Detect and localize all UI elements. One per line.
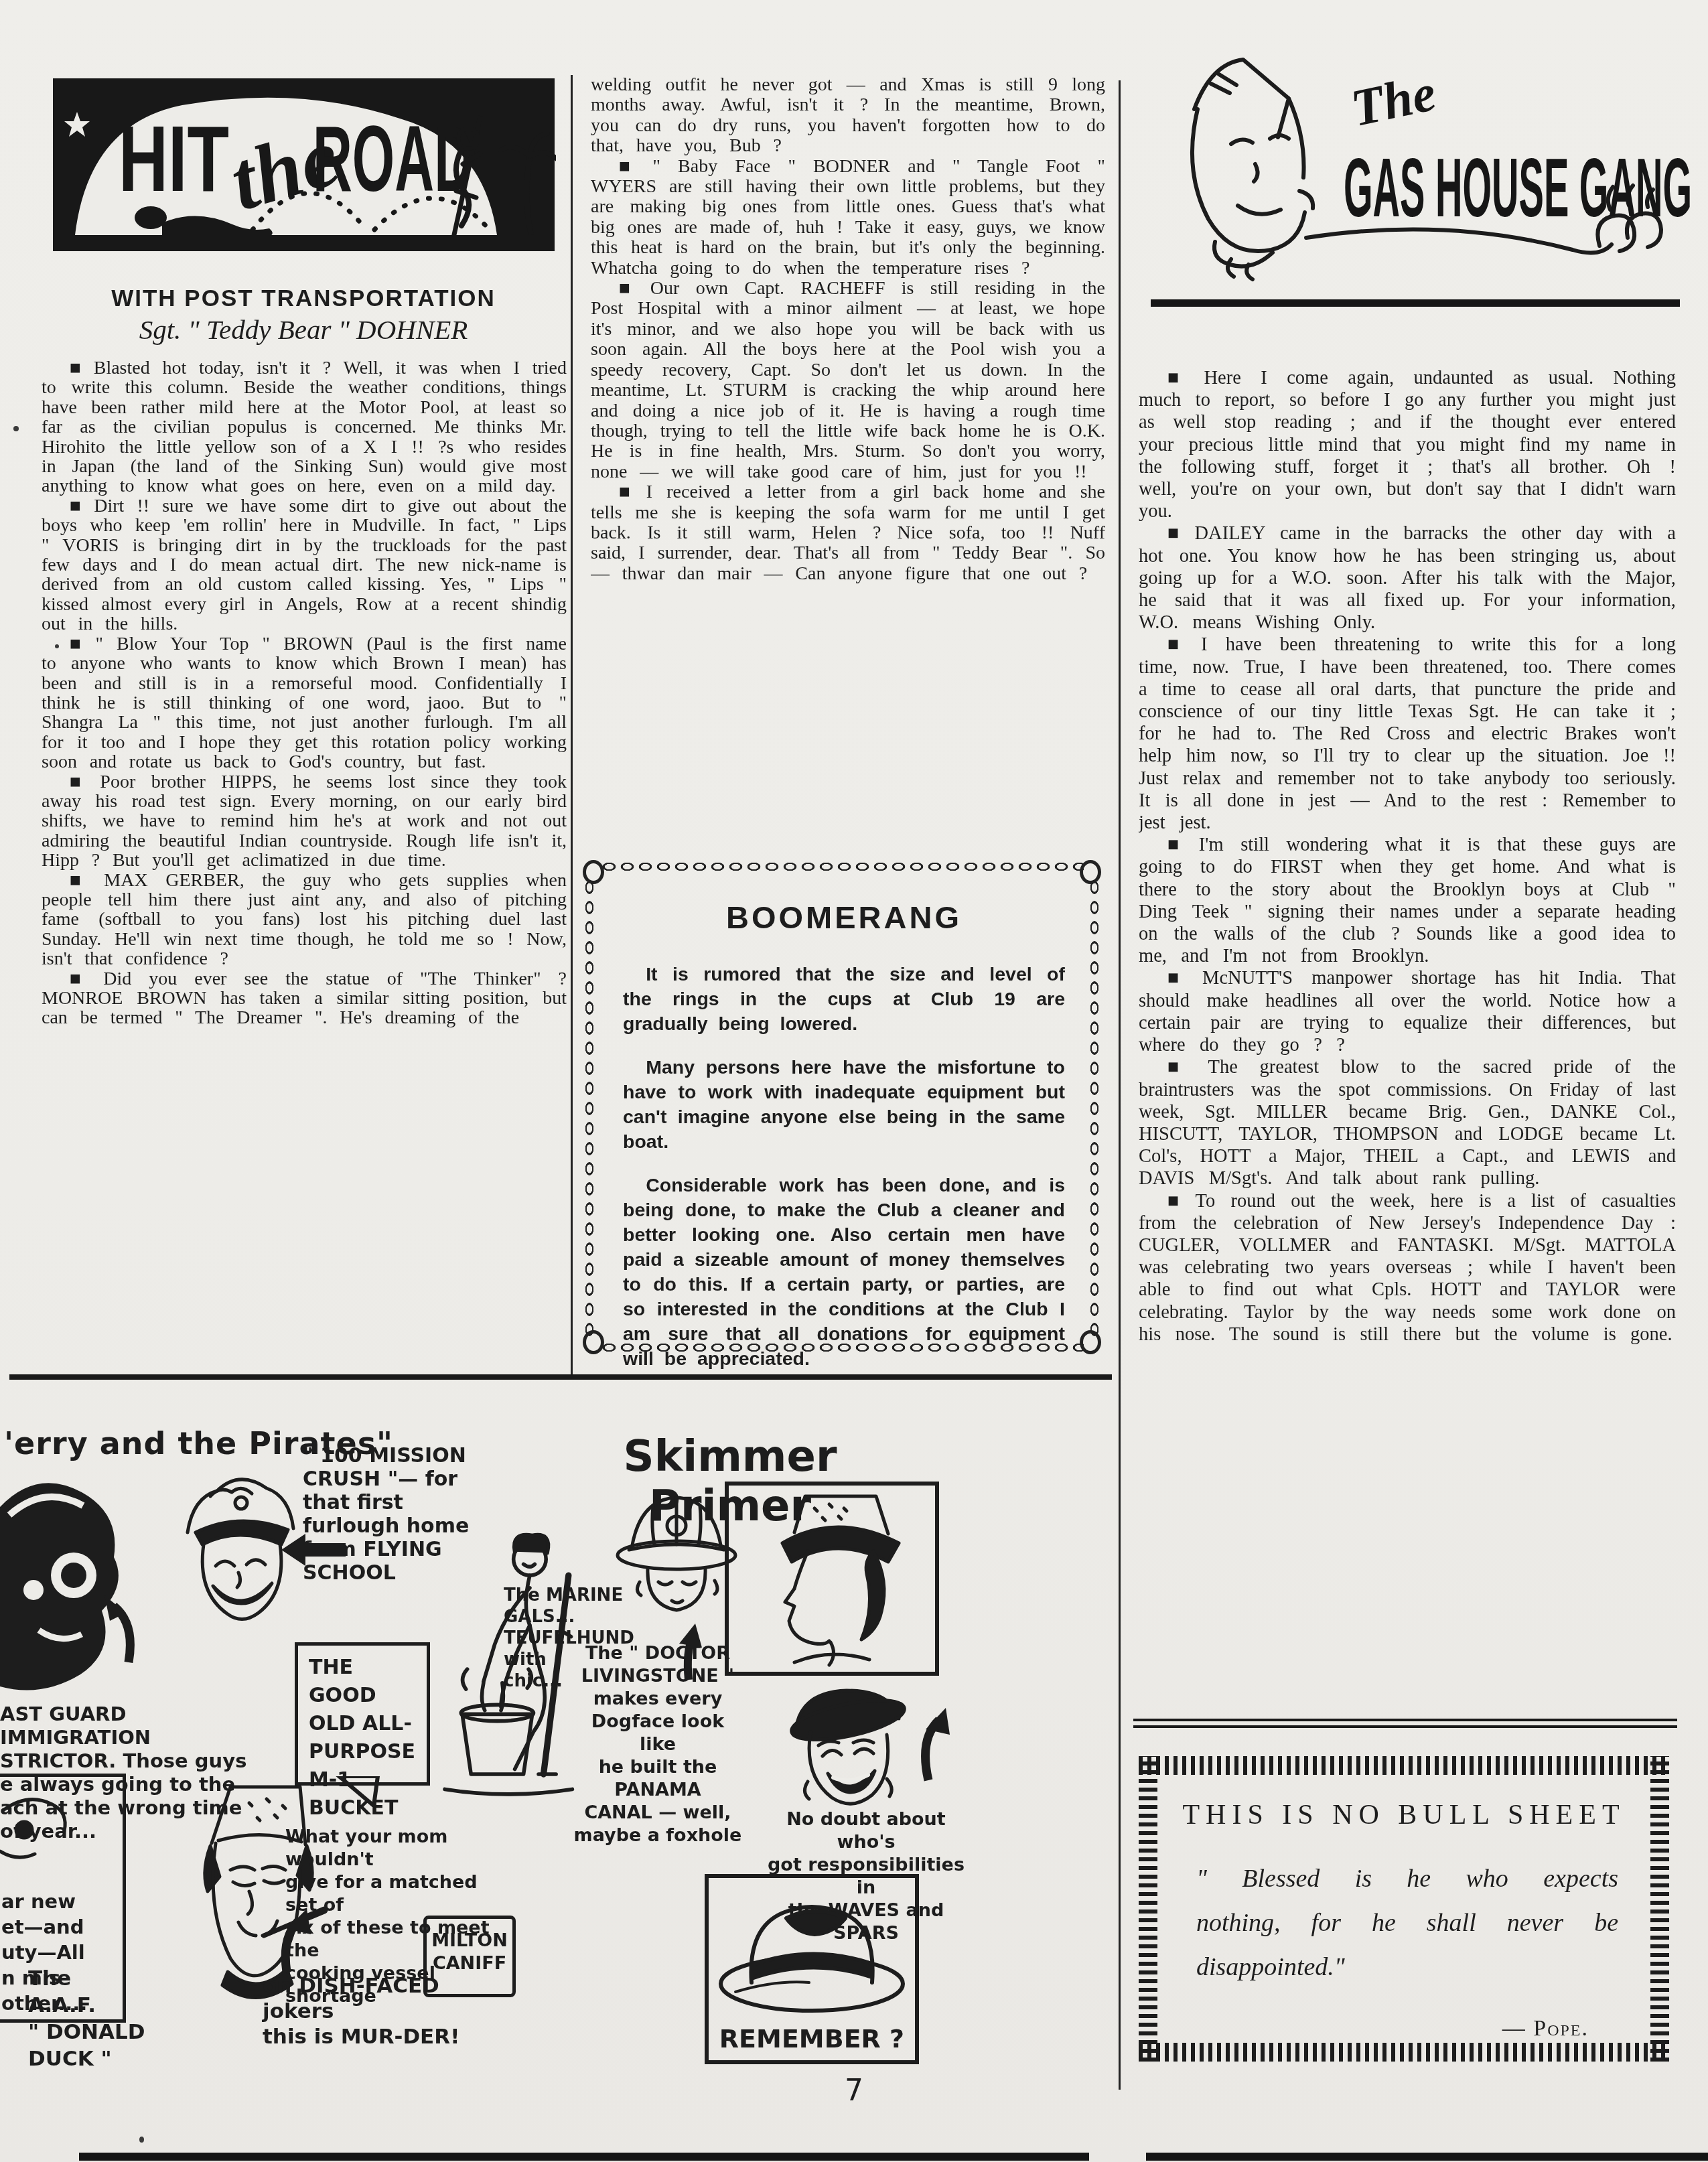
paragraph: ■ Here I come again, undaunted as usual.… xyxy=(1139,367,1676,522)
masthead-title: GAS HOUSE GANG xyxy=(1344,142,1692,234)
chain-border-top xyxy=(600,859,1084,875)
laughing-wave-face xyxy=(785,1681,912,1823)
fedora-hat xyxy=(709,1878,915,2020)
paragraph: ■ McNUTT'S manpower shortage has hit Ind… xyxy=(1139,967,1676,1056)
pith-helmet-face xyxy=(613,1487,740,1622)
bull-sheet-title: THIS IS NO BULL SHEET xyxy=(1179,1799,1629,1831)
bar-border-top xyxy=(1139,1756,1669,1775)
cutoff-caption: ar new et—and uty—All n mis- other.... xyxy=(1,1889,115,2016)
left-column-text: ■ Blasted hot today, isn't it ? Well, it… xyxy=(42,358,567,1370)
paragraph: ■ " Blow Your Top " BROWN (Paul is the f… xyxy=(42,634,567,772)
lying-figure-head xyxy=(135,206,167,229)
remember-caption: REMEMBER ? xyxy=(709,2024,915,2053)
banner-ground xyxy=(53,235,555,251)
bar-border-left xyxy=(1139,1756,1157,2062)
chain-corner-icon xyxy=(583,1330,604,1354)
wac-portrait-frame xyxy=(725,1482,939,1676)
soldier-smile xyxy=(1238,206,1281,214)
soldier-nose xyxy=(1254,164,1258,182)
paragraph: ■ Poor brother HIPPS, he seems lost sinc… xyxy=(42,772,567,871)
paragraph: ■ Blasted hot today, isn't it ? Well, it… xyxy=(42,358,567,496)
paragraph: ■ " Baby Face " BODNER and " Tangle Foot… xyxy=(591,157,1105,279)
scan-speck xyxy=(139,2137,144,2143)
page-number: 7 xyxy=(0,2074,1708,2108)
section-divider xyxy=(1133,1719,1677,1728)
garrison-cap xyxy=(1194,60,1289,137)
chain-corner-icon xyxy=(1080,1330,1101,1354)
cap-patch xyxy=(1211,74,1236,93)
wac-profile xyxy=(729,1486,935,1672)
boomerang-title: BOOMERANG xyxy=(623,899,1065,936)
speech-tail-icon xyxy=(335,1776,382,1807)
curved-arrow-icon xyxy=(99,1594,139,1664)
column-divider xyxy=(1119,80,1121,2090)
column-heading: WITH POST TRANSPORTATION xyxy=(40,285,567,312)
paragraph: ■ I'm still wondering what it is that th… xyxy=(1139,834,1676,967)
paragraph: ■ DAILEY came in the barracks the other … xyxy=(1139,522,1676,634)
paragraph: ■ Our own Capt. RACHEFF is still residin… xyxy=(591,279,1105,482)
boomerang-box: BOOMERANG It is rumored that the size an… xyxy=(581,859,1102,1356)
bull-sheet-box: THIS IS NO BULL SHEET " Blessed is he wh… xyxy=(1139,1756,1669,2062)
bull-sheet-quote: " Blessed is he who expects nothing, for… xyxy=(1196,1857,1618,1989)
gas-house-gang-banner: The GAS HOUSE GANG xyxy=(1131,37,1701,318)
comic-section-rule xyxy=(9,1374,1112,1380)
bar-border-bottom xyxy=(1139,2043,1669,2062)
paragraph: Many persons here have the misfortune to… xyxy=(623,1056,1065,1155)
column-divider xyxy=(571,75,573,1377)
curved-arrow-icon xyxy=(277,1909,320,1973)
chain-border-right xyxy=(1086,877,1102,1337)
scan-speck xyxy=(55,644,59,648)
cutoff-face-fragment xyxy=(0,1787,80,1894)
chain-corner-icon xyxy=(1080,860,1101,884)
paragraph: It is rumored that the size and level of… xyxy=(623,962,1065,1037)
soldier-cheek xyxy=(1289,98,1304,177)
middle-column-text: welding outfit he never got — and Xmas i… xyxy=(591,75,1105,845)
soldier-ear xyxy=(1299,191,1313,208)
bar-border-right xyxy=(1650,1756,1669,2062)
doctor-livingstone-caption: The " DOCTOR LIVINGSTONE " makes every D… xyxy=(571,1642,745,1847)
paragraph: ■ I received a letter from a girl back h… xyxy=(591,482,1105,584)
curved-arrow-icon xyxy=(916,1707,959,1782)
paragraph: ■ MAX GERBER, the guy who gets supplies … xyxy=(42,871,567,969)
paragraph: Considerable work has been done, and is … xyxy=(623,1173,1065,1372)
paragraph: ■ The greatest blow to the sacred pride … xyxy=(1139,1056,1676,1190)
chain-corner-icon xyxy=(583,860,604,884)
newsletter-page: HIT the ROAD WITH POST TRANSPORTATION Sg… xyxy=(0,0,1708,2162)
masthead-word-the: The xyxy=(1346,63,1441,137)
paragraph: ■ I have been threatening to write this … xyxy=(1139,634,1676,834)
right-column-text: ■ Here I come again, undaunted as usual.… xyxy=(1139,367,1676,1707)
masthead-word-road: ROAD xyxy=(313,106,474,211)
boomerang-content: BOOMERANG It is rumored that the size an… xyxy=(623,887,1065,1390)
scan-speck xyxy=(13,426,19,431)
soldier-eyes xyxy=(1231,135,1289,144)
chain-border-left xyxy=(581,877,597,1337)
arrow-left-icon xyxy=(281,1532,346,1567)
artist-signature-box: MILTON CANIFF xyxy=(423,1916,516,1997)
masthead-word-hit: HIT xyxy=(119,106,229,211)
paragraph: ■ Did you ever see the statue of "The Th… xyxy=(42,969,567,1028)
column-byline: Sgt. " Teddy Bear " DOHNER xyxy=(40,313,567,346)
quote-attribution: — Pope. xyxy=(1502,2016,1589,2041)
fedora-frame: REMEMBER ? xyxy=(705,1874,919,2064)
scan-edge-artifact xyxy=(79,2153,1708,2161)
paragraph: ■ To round out the week, here is a list … xyxy=(1139,1190,1676,1346)
hit-the-road-banner: HIT the ROAD xyxy=(52,77,556,253)
soldier-head xyxy=(1192,109,1305,251)
banner-baseline xyxy=(1151,299,1680,307)
paragraph: welding outfit he never got — and Xmas i… xyxy=(591,75,1105,157)
paragraph: ■ Dirt !! sure we have some dirt to give… xyxy=(42,496,567,634)
